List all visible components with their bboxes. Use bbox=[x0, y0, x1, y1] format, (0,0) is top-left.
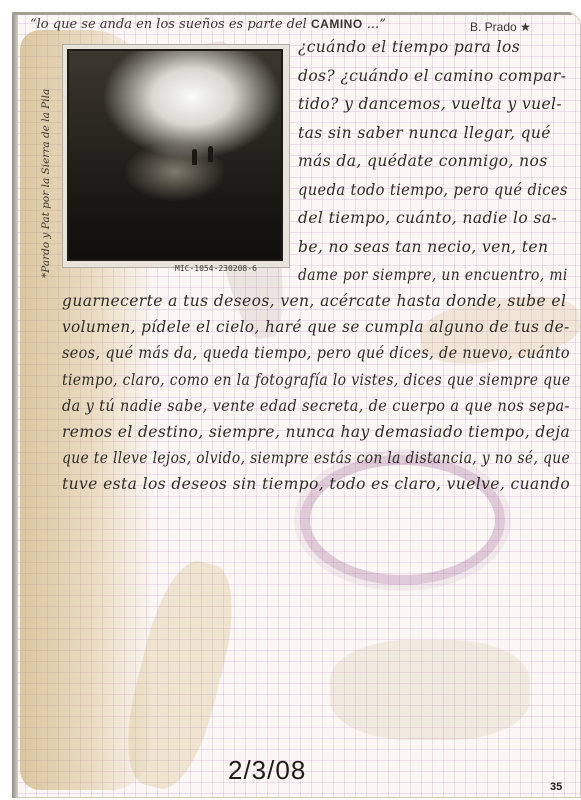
handwritten-line: más da, quédate conmigo, nos bbox=[298, 152, 548, 170]
handwritten-line: que te lleve lejos, olvido, siempre está… bbox=[62, 449, 570, 467]
quote-close: ...” bbox=[367, 17, 386, 32]
quote-emphasis: CAMINO bbox=[311, 17, 363, 31]
handwritten-line: tas sin saber nunca llegar, qué bbox=[298, 124, 551, 142]
handwritten-line: volumen, pídele el cielo, haré que se cu… bbox=[62, 318, 570, 336]
handwritten-line: tiempo, claro, como en la fotografía lo … bbox=[62, 371, 570, 389]
handwritten-line: queda todo tiempo, pero qué dices bbox=[298, 181, 568, 199]
header-quote: “lo que se anda en los sueños es parte d… bbox=[30, 17, 386, 32]
photo-caption: MIC-1054-230208-6 bbox=[175, 264, 257, 273]
handwritten-line: tuve esta los deseos sin tiempo, todo es… bbox=[62, 475, 570, 493]
handwritten-line: seos, qué más da, queda tiempo, pero qué… bbox=[62, 344, 570, 362]
handwritten-line: del tiempo, cuánto, nadie lo sa- bbox=[298, 209, 557, 227]
pasted-photograph bbox=[62, 44, 290, 268]
handwritten-line: dame por siempre, un encuentro, mi bbox=[298, 266, 568, 284]
handwritten-line: guarnecerte a tus deseos, ven, acércate … bbox=[62, 292, 566, 310]
entry-date: 2/3/08 bbox=[228, 755, 306, 786]
handwritten-line: dos? ¿cuándo el camino compar- bbox=[298, 67, 566, 85]
handwritten-line: remos el destino, siempre, nunca hay dem… bbox=[62, 423, 570, 441]
photo-figure-person bbox=[192, 149, 197, 165]
handwritten-line: be, no seas tan necio, ven, ten bbox=[298, 238, 548, 256]
quote-author: B. Prado ★ bbox=[470, 20, 531, 34]
page-number: 35 bbox=[550, 781, 562, 793]
photo-figure-person bbox=[208, 146, 213, 162]
photo-image bbox=[67, 49, 283, 261]
handwritten-line: da y tú nadie sabe, vente edad secreta, … bbox=[62, 397, 570, 415]
margin-note-vertical: *Pardo y Pat por la Sierra de la Pila bbox=[40, 89, 52, 278]
handwritten-line: ¿cuándo el tiempo para los bbox=[298, 38, 520, 56]
notebook-binding-edge bbox=[12, 12, 18, 798]
handwritten-line: tido? y dancemos, vuelta y vuel- bbox=[298, 95, 562, 113]
quote-text: “lo que se anda en los sueños es parte d… bbox=[30, 17, 307, 32]
page-top-edge bbox=[12, 12, 572, 15]
